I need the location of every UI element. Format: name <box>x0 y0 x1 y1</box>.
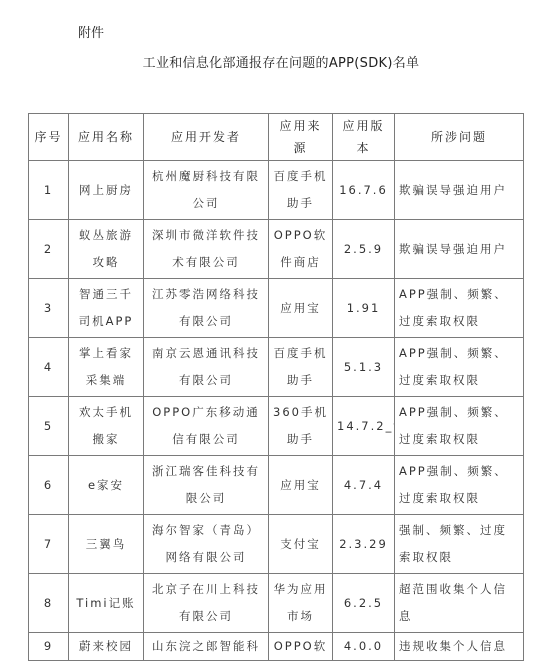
header-no: 序号 <box>29 114 69 161</box>
table-header-row: 序号 应用名称 应用开发者 应用来源 应用版本 所涉问题 <box>29 114 524 161</box>
cell-source: 应用宝 <box>269 456 333 515</box>
cell-developer: 浙江瑞客佳科技有限公司 <box>144 456 269 515</box>
cell-app-name: 蚁丛旅游攻略 <box>69 220 144 279</box>
cell-issue: APP强制、频繁、过度索取权限 <box>395 397 524 456</box>
cell-source: 应用宝 <box>269 279 333 338</box>
cell-version: 4.7.4 <box>333 456 395 515</box>
table-row: 5 欢太手机搬家 OPPO广东移动通信有限公司 360手机助手 14.7.2_t… <box>29 397 524 456</box>
cell-version: 4.0.0 <box>333 633 395 661</box>
cell-version: 16.7.6 <box>333 161 395 220</box>
cell-no: 7 <box>29 515 69 574</box>
cell-source: 百度手机助手 <box>269 161 333 220</box>
cell-no: 1 <box>29 161 69 220</box>
cell-version: 14.7.2_third <box>333 397 395 456</box>
cell-source: 百度手机助手 <box>269 338 333 397</box>
cell-source: OPPO软 <box>269 633 333 661</box>
cell-source: 支付宝 <box>269 515 333 574</box>
table-row: 4 掌上看家采集端 南京云恩通讯科技有限公司 百度手机助手 5.1.3 APP强… <box>29 338 524 397</box>
table-row: 3 智通三千司机APP 江苏零浩网络科技有限公司 应用宝 1.91 APP强制、… <box>29 279 524 338</box>
header-issue: 所涉问题 <box>395 114 524 161</box>
cell-app-name: 智通三千司机APP <box>69 279 144 338</box>
cell-app-name: 掌上看家采集端 <box>69 338 144 397</box>
document-title: 工业和信息化部通报存在问题的APP(SDK)名单 <box>0 52 550 71</box>
app-list-table: 序号 应用名称 应用开发者 应用来源 应用版本 所涉问题 1 网上厨房 杭州魔厨… <box>28 113 524 661</box>
cell-version: 1.91 <box>333 279 395 338</box>
table-row: 1 网上厨房 杭州魔厨科技有限公司 百度手机助手 16.7.6 欺骗误导强迫用户 <box>29 161 524 220</box>
cell-version: 2.5.9 <box>333 220 395 279</box>
cell-source: OPPO软件商店 <box>269 220 333 279</box>
cell-app-name: e家安 <box>69 456 144 515</box>
cell-no: 3 <box>29 279 69 338</box>
cell-version: 2.3.29 <box>333 515 395 574</box>
cell-no: 5 <box>29 397 69 456</box>
attachment-label: 附件 <box>78 22 104 41</box>
cell-developer: 杭州魔厨科技有限公司 <box>144 161 269 220</box>
cell-app-name: 三翼鸟 <box>69 515 144 574</box>
cell-app-name: 欢太手机搬家 <box>69 397 144 456</box>
cell-source: 华为应用市场 <box>269 574 333 633</box>
cell-no: 6 <box>29 456 69 515</box>
table-row: 9 蔚来校园 山东浣之郎智能科 OPPO软 4.0.0 违规收集个人信息 <box>29 633 524 661</box>
cell-issue: APP强制、频繁、过度索取权限 <box>395 279 524 338</box>
cell-issue: 欺骗误导强迫用户 <box>395 161 524 220</box>
table-row: 2 蚁丛旅游攻略 深圳市微洋软件技术有限公司 OPPO软件商店 2.5.9 欺骗… <box>29 220 524 279</box>
cell-no: 9 <box>29 633 69 661</box>
cell-issue: APP强制、频繁、过度索取权限 <box>395 456 524 515</box>
table-row: 7 三翼鸟 海尔智家（青岛）网络有限公司 支付宝 2.3.29 强制、频繁、过度… <box>29 515 524 574</box>
cell-issue: 欺骗误导强迫用户 <box>395 220 524 279</box>
cell-app-name: 网上厨房 <box>69 161 144 220</box>
cell-version: 5.1.3 <box>333 338 395 397</box>
cell-developer: OPPO广东移动通信有限公司 <box>144 397 269 456</box>
cell-source: 360手机助手 <box>269 397 333 456</box>
cell-issue: 违规收集个人信息 <box>395 633 524 661</box>
cell-app-name: 蔚来校园 <box>69 633 144 661</box>
cell-no: 8 <box>29 574 69 633</box>
cell-no: 4 <box>29 338 69 397</box>
cell-version: 6.2.5 <box>333 574 395 633</box>
header-version: 应用版本 <box>333 114 395 161</box>
cell-issue: 强制、频繁、过度索取权限 <box>395 515 524 574</box>
cell-developer: 海尔智家（青岛）网络有限公司 <box>144 515 269 574</box>
cell-developer: 江苏零浩网络科技有限公司 <box>144 279 269 338</box>
cell-developer: 山东浣之郎智能科 <box>144 633 269 661</box>
cell-issue: 超范围收集个人信息 <box>395 574 524 633</box>
cell-developer: 南京云恩通讯科技有限公司 <box>144 338 269 397</box>
header-source: 应用来源 <box>269 114 333 161</box>
table-row: 8 Timi记账 北京子在川上科技有限公司 华为应用市场 6.2.5 超范围收集… <box>29 574 524 633</box>
table-row: 6 e家安 浙江瑞客佳科技有限公司 应用宝 4.7.4 APP强制、频繁、过度索… <box>29 456 524 515</box>
cell-app-name: Timi记账 <box>69 574 144 633</box>
cell-developer: 深圳市微洋软件技术有限公司 <box>144 220 269 279</box>
cell-developer: 北京子在川上科技有限公司 <box>144 574 269 633</box>
header-developer: 应用开发者 <box>144 114 269 161</box>
cell-issue: APP强制、频繁、过度索取权限 <box>395 338 524 397</box>
cell-no: 2 <box>29 220 69 279</box>
header-app-name: 应用名称 <box>69 114 144 161</box>
